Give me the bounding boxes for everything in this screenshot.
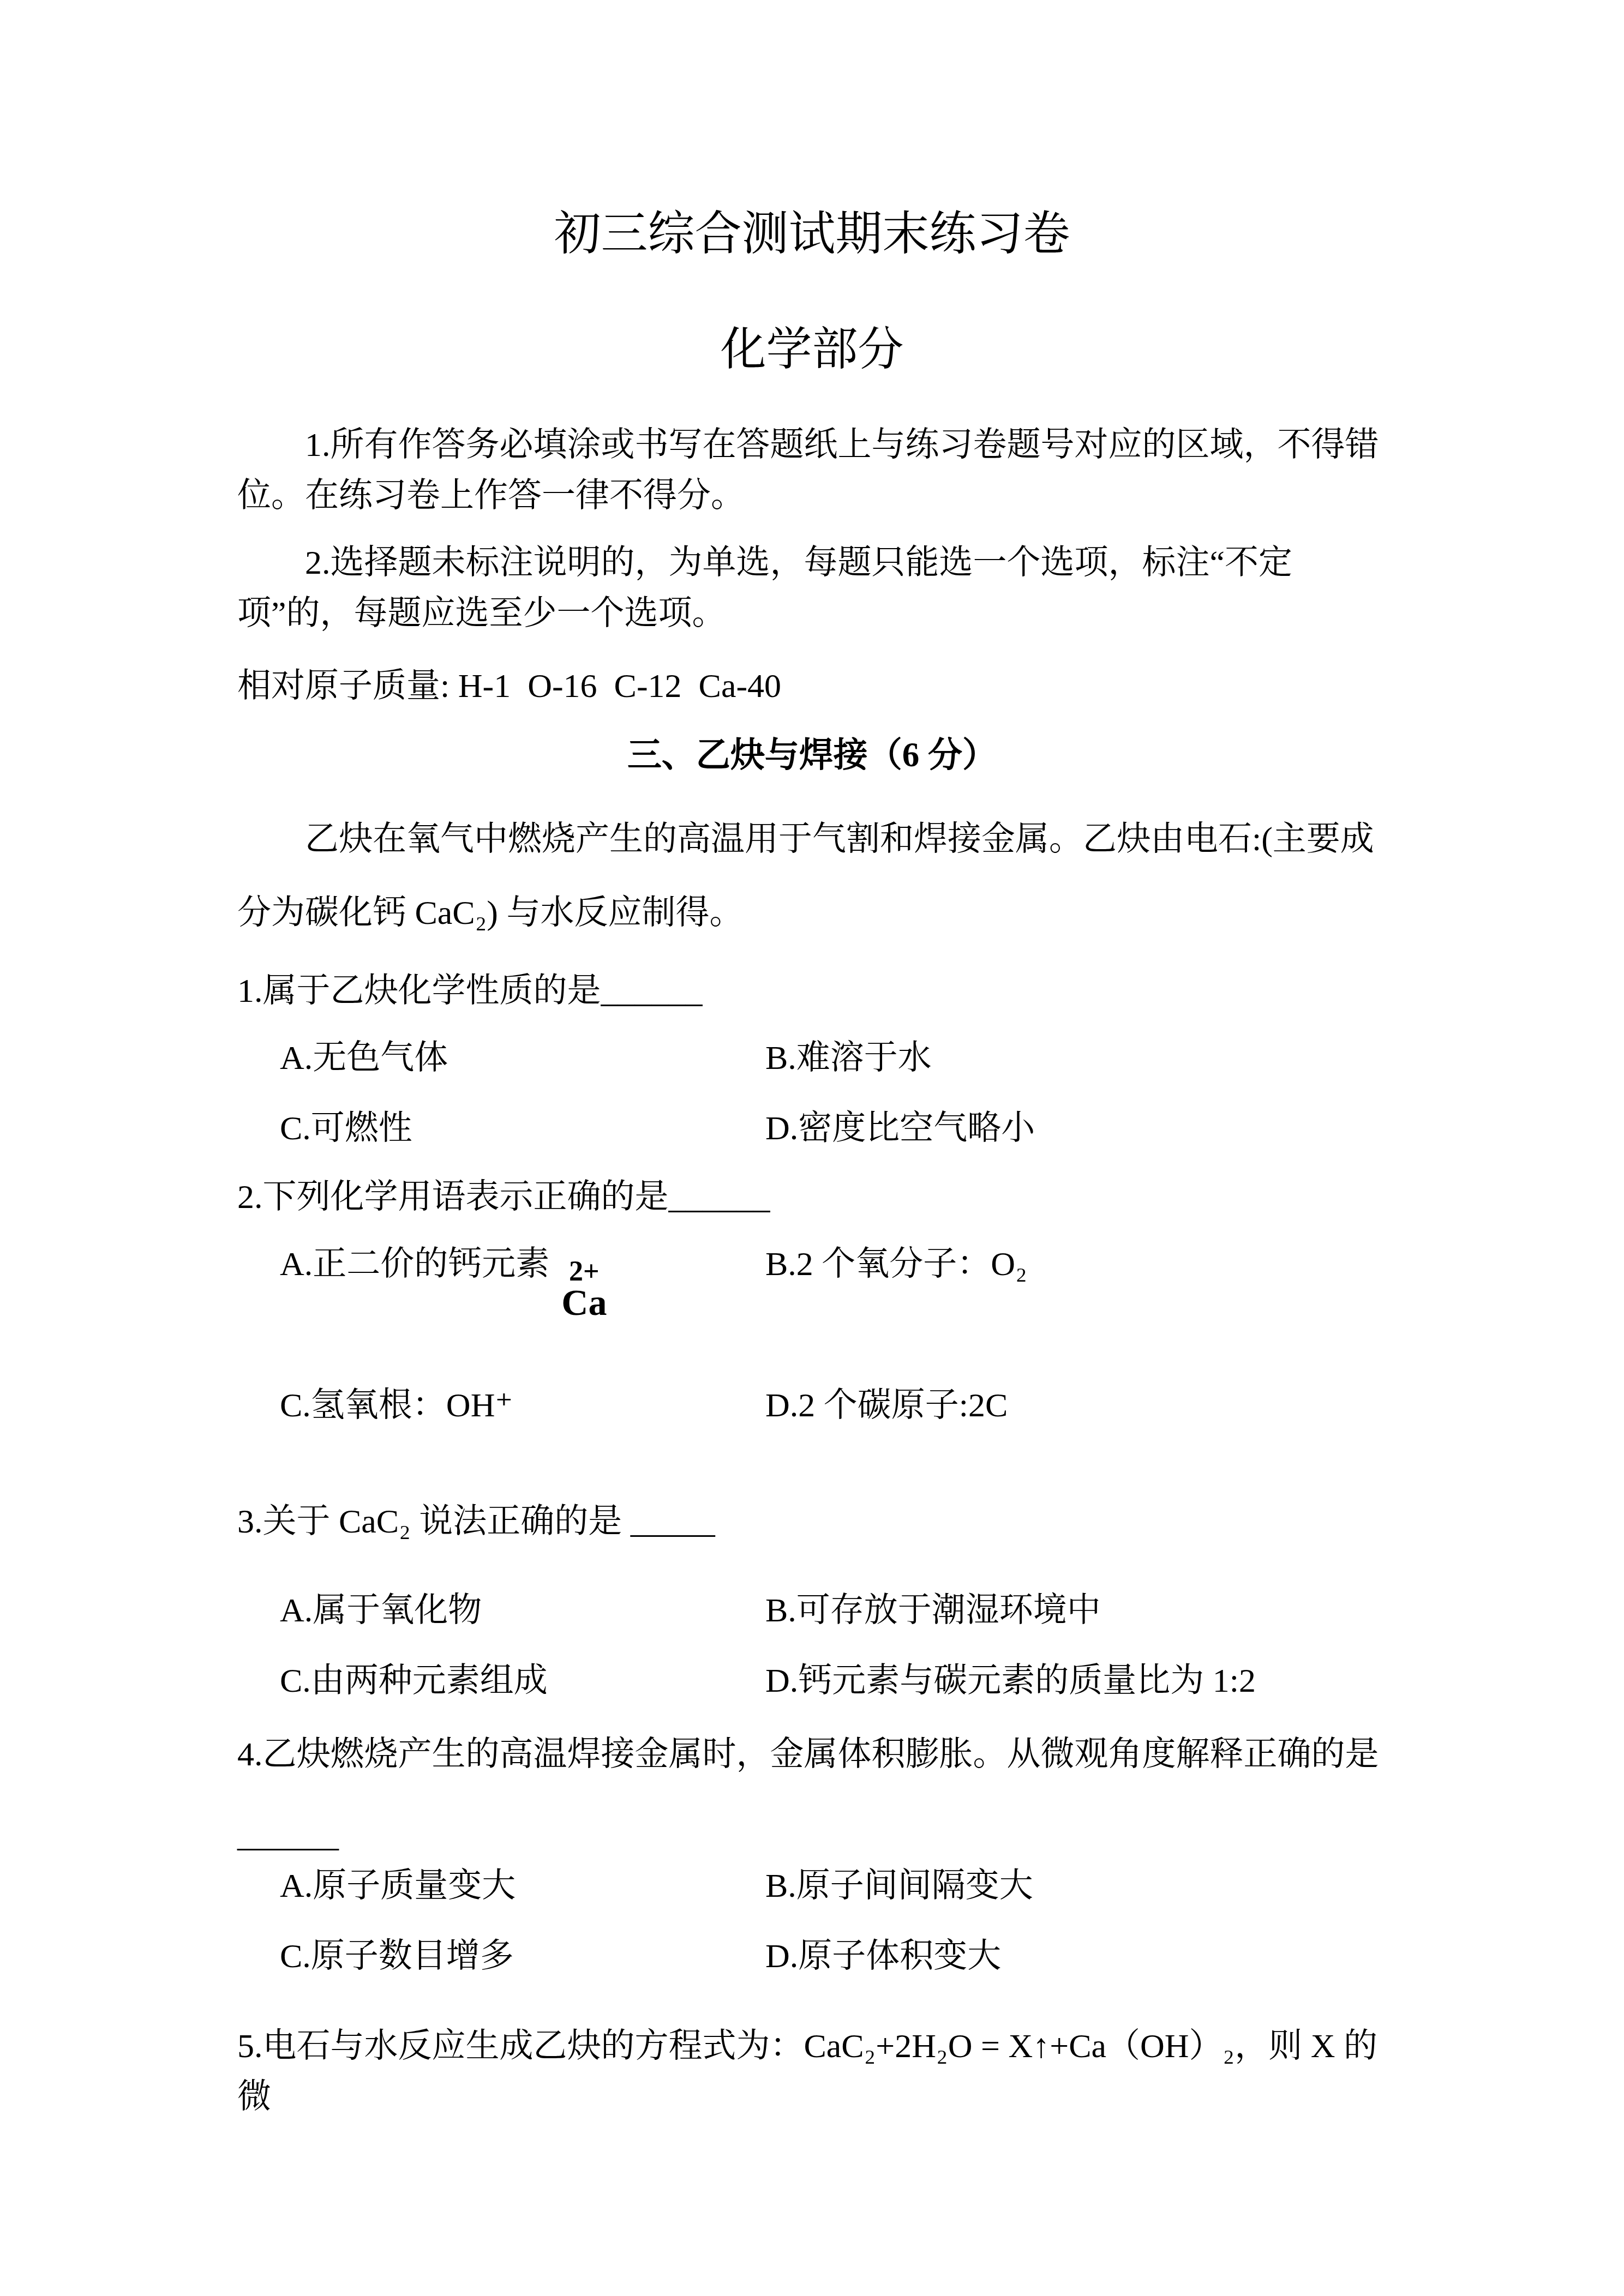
question-1-option-a: A.无色气体 [280, 1033, 765, 1084]
question-4-option-d: D.原子体积变大 [765, 1931, 1001, 1982]
question-4-option-a: A.原子质量变大 [280, 1861, 765, 1912]
question-3-option-d: D.钙元素与碳元素的质量比为 1:2 [765, 1656, 1256, 1706]
question-3-option-c: C.由两种元素组成 [280, 1656, 765, 1706]
question-4: 4.乙炔燃烧产生的高温焊接金属时，金属体积膨胀。从微观角度解释正确的是 ____… [237, 1729, 1387, 1982]
question-4-option-b: B.原子间间隔变大 [765, 1861, 1033, 1912]
question-4-option-c: C.原子数目增多 [280, 1931, 765, 1982]
notice-1: 1.所有作答务必填涂或书写在答题纸上与练习卷题号对应的区域，不得错位。在练习卷上… [237, 420, 1387, 521]
exam-title: 初三综合测试期末练习卷 [237, 207, 1387, 261]
exam-paper-page: 初三综合测试期末练习卷 化学部分 1.所有作答务必填涂或书写在答题纸上与练习卷题… [0, 0, 1624, 2296]
exam-subtitle: 化学部分 [237, 324, 1387, 377]
question-4-answer-blank: ______ [237, 1810, 1387, 1861]
question-2-option-d: D.2 个碳原子:2C [765, 1380, 1008, 1431]
question-2-option-a-text: A.正二价的钙元素 [280, 1246, 549, 1283]
question-2: 2.下列化学用语表示正确的是______ A.正二价的钙元素2+Ca B.2 个… [237, 1172, 1387, 1431]
question-1-option-d: D.密度比空气略小 [765, 1103, 1035, 1154]
question-5-stem: 5.电石与水反应生成乙炔的方程式为：CaC₂+2H₂O = X↑+Ca（OH）₂… [237, 2021, 1387, 2123]
relative-atomic-mass-line: 相对原子质量: H-1 O-16 C-12 Ca-40 [237, 661, 1387, 712]
calcium-ion-element: Ca [561, 1285, 607, 1320]
question-3-stem: 3.关于 CaC₂ 说法正确的是 _____ [237, 1496, 1387, 1547]
question-4-stem: 4.乙炔燃烧产生的高温焊接金属时，金属体积膨胀。从微观角度解释正确的是 [237, 1729, 1387, 1780]
question-5: 5.电石与水反应生成乙炔的方程式为：CaC₂+2H₂O = X↑+Ca（OH）₂… [237, 2021, 1387, 2123]
question-2-option-c: C.氢氧根：OH⁺ [280, 1380, 765, 1431]
calcium-ion-symbol: 2+Ca [561, 1258, 607, 1320]
question-3-option-b: B.可存放于潮湿环境中 [765, 1585, 1101, 1636]
question-1-option-c: C.可燃性 [280, 1103, 765, 1154]
notice-2: 2.选择题未标注说明的，为单选，每题只能选一个选项，标注“不定项”的，每题应选至… [237, 538, 1387, 639]
question-3: 3.关于 CaC₂ 说法正确的是 _____ A.属于氧化物 B.可存放于潮湿环… [237, 1496, 1387, 1706]
calcium-ion-charge: 2+ [569, 1258, 600, 1285]
question-1-stem: 1.属于乙炔化学性质的是______ [237, 966, 1387, 1017]
section-3-header: 三、乙炔与焊接（6 分） [237, 729, 1387, 781]
question-2-option-b: B.2 个氧分子：O₂ [765, 1239, 1027, 1290]
question-2-stem: 2.下列化学用语表示正确的是______ [237, 1172, 1387, 1223]
question-3-option-a: A.属于氧化物 [280, 1585, 765, 1636]
section-3-intro: 乙炔在氧气中燃烧产生的高温用于气割和焊接金属。乙炔由电石:(主要成分为碳化钙 C… [237, 803, 1387, 949]
question-1: 1.属于乙炔化学性质的是______ A.无色气体 B.难溶于水 C.可燃性 D… [237, 966, 1387, 1154]
question-1-option-b: B.难溶于水 [765, 1033, 932, 1084]
question-2-option-a: A.正二价的钙元素2+Ca [280, 1239, 765, 1320]
